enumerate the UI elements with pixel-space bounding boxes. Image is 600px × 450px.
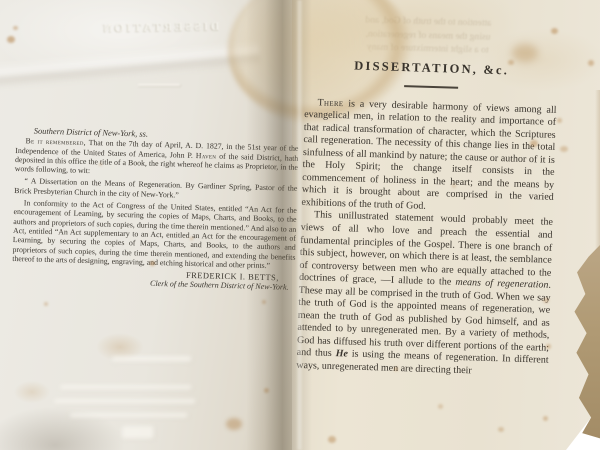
registration-paragraph: Be it remembered, That on the 7th day of… bbox=[15, 136, 299, 181]
paragraph-1: There is a very desirable harmony of vie… bbox=[301, 96, 556, 217]
open-book-photo: DISSERTATION Southern District of New-Yo… bbox=[0, 0, 600, 450]
paragraph-2: This unillustrated statement would proba… bbox=[296, 209, 553, 380]
paragraph-1-body: is a very desirable harmony of views amo… bbox=[301, 98, 556, 212]
show-through-impression bbox=[122, 426, 154, 439]
left-page: DISSERTATION Southern District of New-Yo… bbox=[0, 0, 300, 450]
conformity-paragraph: In conformity to the Act of Congress of … bbox=[12, 198, 297, 271]
foxing-spot bbox=[13, 26, 18, 30]
show-through-impression bbox=[112, 356, 192, 362]
foxing-spot bbox=[264, 388, 269, 393]
show-through-rule bbox=[138, 84, 180, 86]
emphasized-he: He bbox=[335, 349, 348, 360]
proprietor-name: Haven bbox=[196, 151, 217, 161]
page-edge-shading bbox=[595, 90, 600, 250]
foxing-spot bbox=[7, 36, 15, 43]
paragraph-1-lead: There bbox=[317, 97, 343, 109]
dissertation-text: DISSERTATION, &c. There is a very desira… bbox=[296, 57, 558, 380]
italic-phrase: means of regeneration bbox=[455, 277, 548, 291]
foxing-spot bbox=[262, 300, 266, 304]
show-through-text: attention to the truth of God, and using… bbox=[300, 12, 557, 59]
show-through-title: DISSERTATION bbox=[70, 18, 250, 36]
copyright-notice: Southern District of New-York, ss. Be it… bbox=[12, 126, 299, 292]
paragraph-2-body: This unillustrated statement would proba… bbox=[299, 210, 553, 288]
heading-rule bbox=[404, 85, 458, 88]
show-through-impression bbox=[70, 413, 188, 418]
show-through-impression bbox=[54, 399, 196, 404]
foxing-spot bbox=[44, 302, 48, 306]
paragraph-2-body-continued: . These may all be comprised in the trut… bbox=[297, 280, 552, 360]
page-crease bbox=[0, 40, 261, 89]
show-through-impression bbox=[60, 385, 192, 390]
